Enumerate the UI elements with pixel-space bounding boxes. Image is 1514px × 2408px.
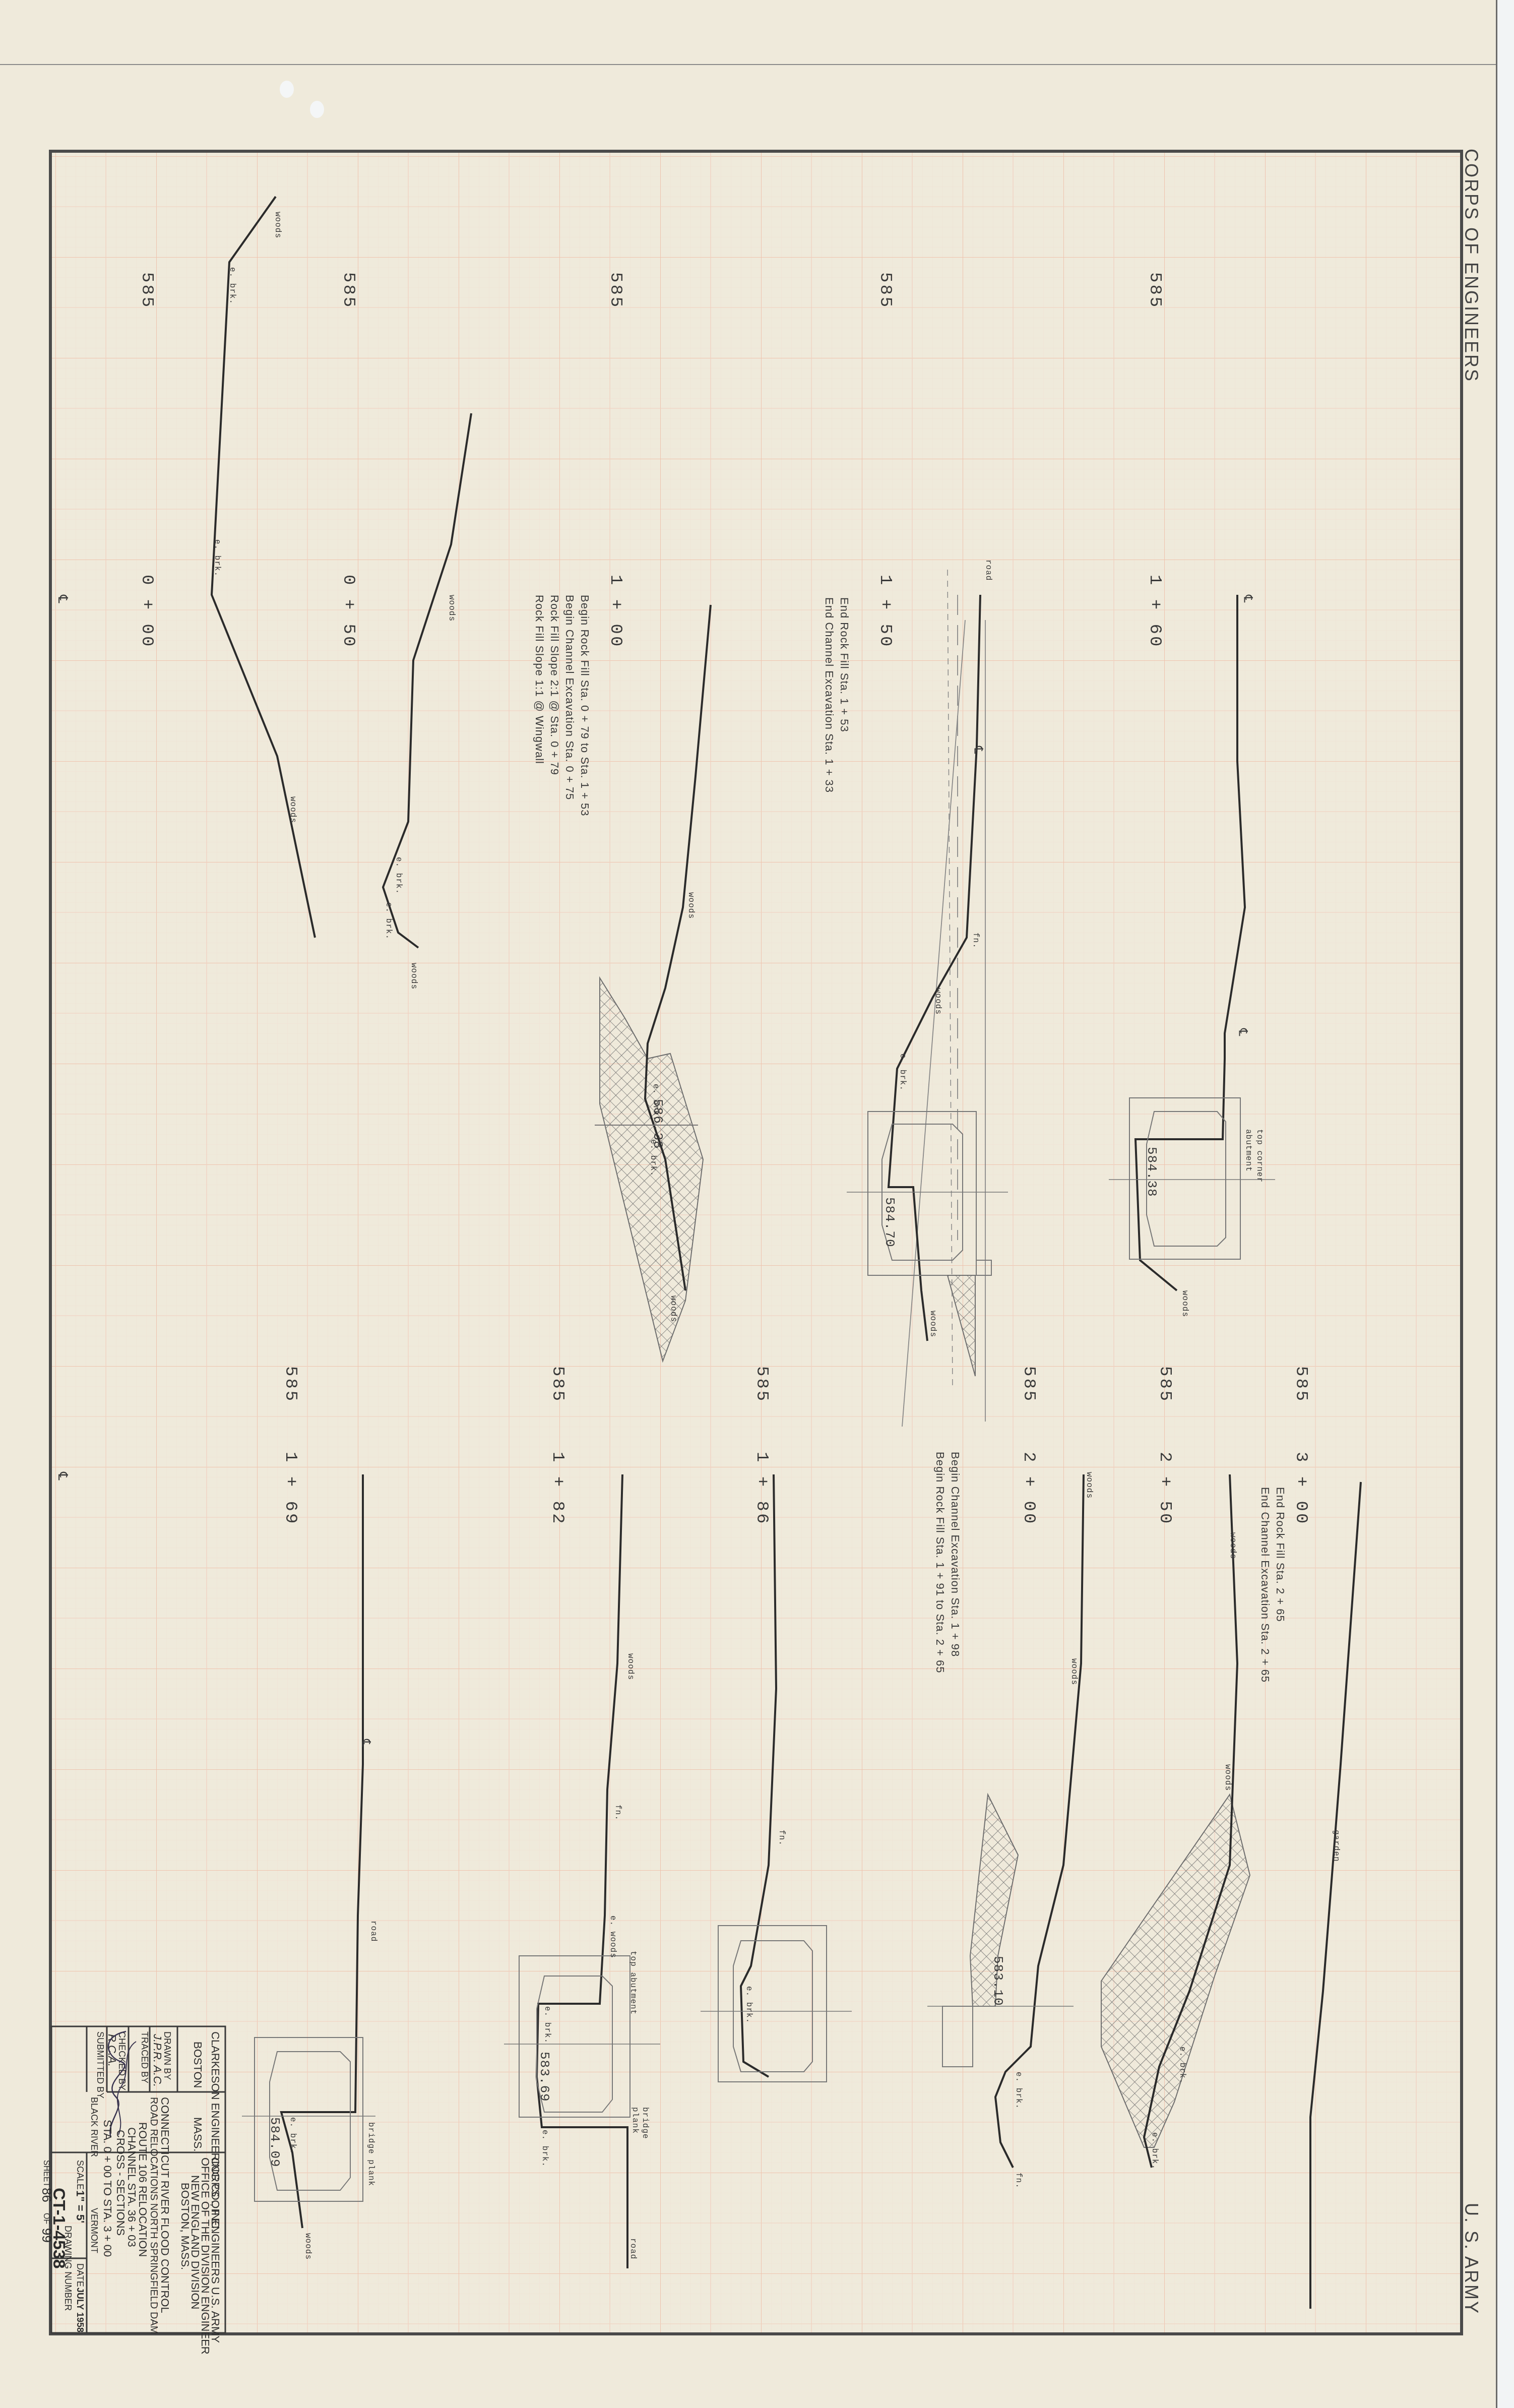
centerline-marker: ℄: [55, 1472, 71, 1480]
station-0-50: 0 + 50: [339, 575, 358, 648]
centerline-marker: ℄: [970, 746, 985, 754]
drawn-by-value: J.P.R. A.C.: [151, 2034, 164, 2087]
label-top-corner-abutment: top corner abutment: [1243, 1129, 1265, 1190]
label-woods: woods: [1085, 1472, 1094, 1499]
sheet-label: SHEET: [39, 2160, 52, 2187]
label-woods: woods: [1223, 1764, 1232, 1791]
label-garden: garden: [1332, 1830, 1341, 1862]
firm-state: MASS.: [191, 2117, 204, 2151]
elev-ref-2-00: 585: [1019, 1366, 1038, 1403]
label-fn: fn.: [613, 1805, 622, 1821]
station-3-00: 3 + 00: [1291, 1452, 1310, 1525]
label-woods: woods: [409, 963, 418, 990]
scale-label: SCALE: [74, 2160, 87, 2190]
notes-sta-3-00: End Rock Fill Sta. 2 + 65 End Channel Ex…: [1257, 1487, 1288, 1683]
label-e-brk: e. brk.: [228, 267, 237, 304]
label-woods: woods: [626, 1653, 635, 1680]
notes-sta-1-00: Begin Rock Fill Sta. 0 + 79 to Sta. 1 + …: [532, 595, 592, 816]
elev-ref-1-86: 585: [752, 1366, 771, 1403]
project-line-6: STA. 0 + 00 TO STA. 3 + 00: [101, 2120, 114, 2257]
label-e-brk: e. brk.: [1178, 2047, 1187, 2084]
label-woods: woods: [928, 1311, 937, 1337]
station-1-69: 1 + 69: [281, 1452, 300, 1525]
label-bridge-plank: bridge plank: [366, 2122, 375, 2186]
label-e-brk: e. brk.: [744, 1986, 753, 2023]
label-e-brk: e. brk.: [540, 2130, 549, 2167]
label-e-brk: e. brk.: [898, 1054, 907, 1091]
label-woods: woods: [933, 988, 942, 1015]
label-e-brk: e. brk.: [1014, 2072, 1023, 2109]
centerline-marker: ℄: [55, 595, 71, 603]
sheet-of-label: OF: [39, 2213, 52, 2224]
station-1-86: 1 + 86: [752, 1452, 771, 1525]
elev-ref-0-50: 585: [339, 272, 358, 309]
label-top-abutment: top abutment: [628, 1951, 638, 2015]
label-woods: woods: [303, 2233, 312, 2260]
date-value: JULY 1958: [74, 2288, 87, 2332]
label-woods: woods: [1228, 1532, 1237, 1559]
label-fn: fn.: [1014, 2173, 1023, 2189]
elevation-1-00: 586.38: [650, 1099, 665, 1149]
elev-ref-1-60: 585: [1145, 272, 1164, 309]
elev-ref-1-00: 585: [606, 272, 625, 309]
station-1-50: 1 + 50: [875, 575, 895, 648]
grid-paper: [50, 151, 1462, 2334]
elev-ref-2-50: 585: [1155, 1366, 1174, 1403]
label-e-brk: e. brk.: [384, 902, 393, 940]
elev-ref-3-00: 585: [1291, 1366, 1310, 1403]
notes-sta-2-00: Begin Channel Excavation Sta. 1 + 98 Beg…: [932, 1452, 963, 1673]
label-e-brk: e. brk.: [213, 539, 222, 577]
label-woods: woods: [447, 595, 456, 622]
elev-ref-0-00: 585: [137, 272, 156, 309]
elevation-1-69: 584.09: [267, 2117, 282, 2168]
agency-line-4: BOSTON, MASS.: [178, 2183, 192, 2270]
station-1-82: 1 + 82: [548, 1452, 567, 1525]
label-bridge-plank: bridge plank: [630, 2107, 650, 2137]
label-e-brk: e. brk.: [394, 857, 403, 894]
army-border-label: U. S. ARMY: [1461, 2203, 1482, 2315]
label-woods: woods: [1069, 1658, 1079, 1685]
centerline-marker: ℄: [1235, 1028, 1250, 1036]
label-e-brk: e. brk.: [543, 2006, 552, 2044]
label-road: road: [369, 1921, 378, 1942]
label-woods: woods: [669, 1295, 678, 1322]
elev-ref-1-50: 585: [875, 272, 895, 309]
firm-city: BOSTON: [191, 2042, 204, 2088]
sheet-number: 86: [39, 2188, 54, 2202]
label-road: road: [984, 560, 993, 581]
station-2-00: 2 + 00: [1019, 1452, 1038, 1525]
label-e-brk: e. brk.: [1150, 2132, 1159, 2170]
label-woods: woods: [273, 212, 282, 238]
project-line-5: CROSS - SECTIONS: [114, 2130, 127, 2236]
elevation-1-50: 584.70: [882, 1197, 897, 1248]
elevation-2-00: 583.10: [990, 1956, 1005, 2006]
label-woods: woods: [1180, 1290, 1189, 1317]
cross-section-drawing: [0, 0, 1514, 2408]
label-road: road: [628, 2238, 638, 2259]
label-woods: woods: [686, 892, 696, 919]
station-1-60: 1 + 60: [1145, 575, 1164, 648]
sheet-total: 99: [39, 2228, 54, 2243]
label-e-brk: e. brk.: [288, 2117, 297, 2154]
elevation-1-60: 584.38: [1144, 1147, 1159, 1197]
elevation-1-82: 583.69: [537, 2052, 552, 2102]
agency-border-label: CORPS OF ENGINEERS: [1461, 149, 1482, 383]
elev-ref-1-69: 585: [281, 1366, 300, 1403]
river-name: BLACK RIVER: [88, 2097, 101, 2157]
label-e-woods: e. woods: [608, 1916, 617, 1958]
date-label: DATE: [74, 2263, 87, 2287]
label-fn: fn.: [971, 933, 980, 949]
elev-ref-1-82: 585: [548, 1366, 567, 1403]
centerline-marker: ℄: [1240, 595, 1255, 603]
scale-value: 1" = 5': [74, 2190, 87, 2223]
state-name: VERMONT: [88, 2208, 101, 2253]
station-1-00: 1 + 00: [606, 575, 625, 648]
centerline-marker: ℄: [358, 1739, 373, 1747]
station-0-00: 0 + 00: [137, 575, 156, 648]
label-woods: woods: [288, 796, 297, 823]
label-fn: fn.: [777, 1830, 786, 1846]
notes-sta-1-50: End Rock Fill Sta. 1 + 53 End Channel Ex…: [822, 597, 852, 793]
station-2-50: 2 + 50: [1155, 1452, 1174, 1525]
